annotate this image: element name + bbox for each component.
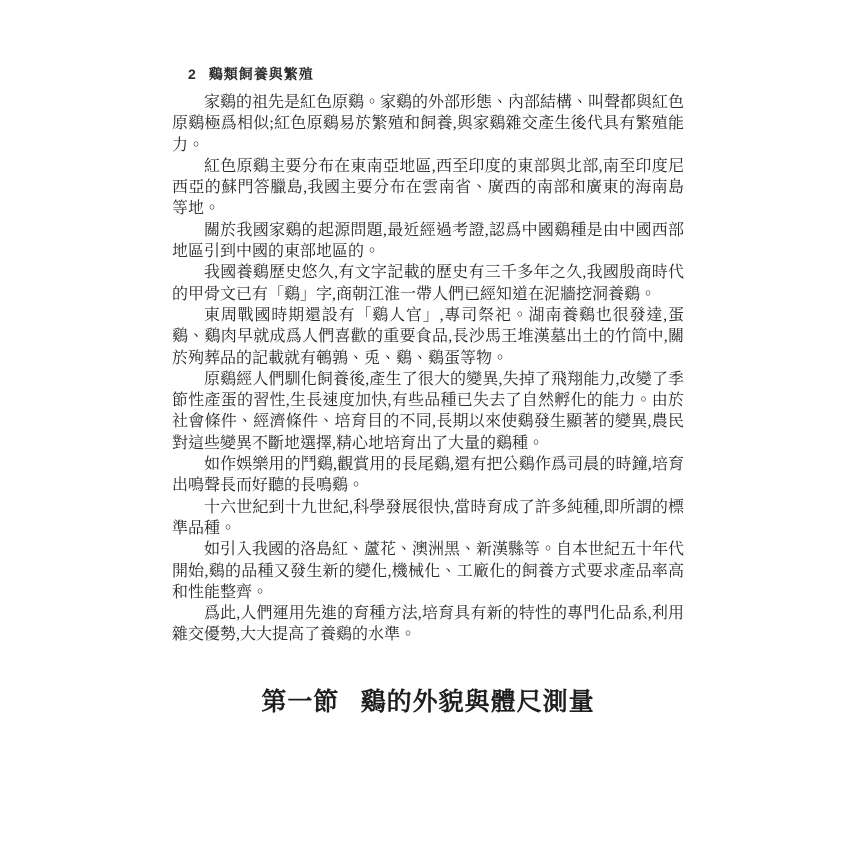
section-title: 鷄的外貌與體尺測量 (361, 688, 595, 716)
page-number: 2 (188, 66, 196, 82)
section-number: 第一節 (261, 688, 339, 716)
paragraph: 十六世紀到十九世紀,科學發展很快,當時育成了許多純種,即所謂的標準品種。 (172, 497, 684, 540)
section-heading: 第一節鷄的外貌與體尺測量 (172, 687, 684, 717)
paragraph: 原鷄經人們馴化飼養後,產生了很大的變異,失掉了飛翔能力,改變了季節性產蛋的習性,… (172, 369, 684, 454)
paragraph: 如引入我國的洛島紅、蘆花、澳洲黑、新漢縣等。自本世紀五十年代開始,鷄的品種又發生… (172, 539, 684, 603)
running-header: 2鷄類飼養與繁殖 (188, 66, 314, 82)
running-title: 鷄類飼養與繁殖 (209, 66, 314, 82)
book-page: 2鷄類飼養與繁殖 家鷄的祖先是紅色原鷄。家鷄的外部形態、內部結構、叫聲都與紅色原… (0, 0, 850, 850)
paragraph: 東周戰國時期還設有「鷄人官」,專司祭祀。湖南養鷄也很發達,蛋鷄、鷄肉早就成爲人們… (172, 305, 684, 369)
paragraph: 我國養鷄歷史悠久,有文字記載的歷史有三千多年之久,我國殷商時代的甲骨文已有「鷄」… (172, 262, 684, 305)
paragraph: 如作娛樂用的鬥鷄,觀賞用的長尾鷄,還有把公鷄作爲司晨的時鐘,培育出鳴聲長而好聽的… (172, 454, 684, 497)
paragraph: 爲此,人們運用先進的育種方法,培育具有新的特性的專門化品系,利用雜交優勢,大大提… (172, 603, 684, 646)
paragraph: 紅色原鷄主要分布在東南亞地區,西至印度的東部與北部,南至印度尼西亞的蘇門答臘島,… (172, 156, 684, 220)
paragraph: 家鷄的祖先是紅色原鷄。家鷄的外部形態、內部結構、叫聲都與紅色原鷄極爲相似;紅色原… (172, 92, 684, 156)
paragraph: 關於我國家鷄的起源問題,最近經過考證,認爲中國鷄種是由中國西部地區引到中國的東部… (172, 220, 684, 263)
body-text: 家鷄的祖先是紅色原鷄。家鷄的外部形態、內部結構、叫聲都與紅色原鷄極爲相似;紅色原… (172, 92, 684, 646)
